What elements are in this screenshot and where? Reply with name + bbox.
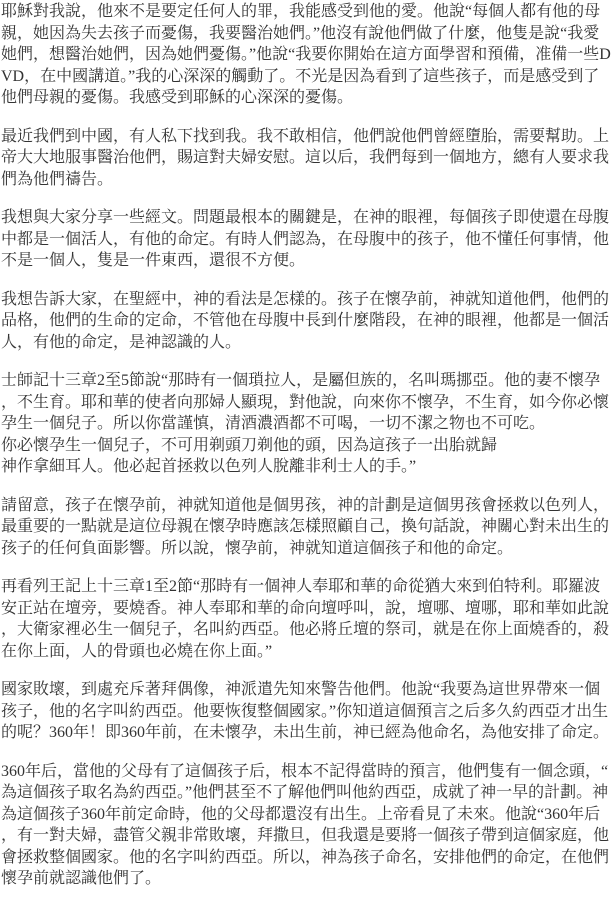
paragraph-china-visit: 最近我們到中國，有人私下找到我。我不敢相信，他們說他們曾經墮胎，需要幫助。上帝大… [1, 126, 614, 191]
paragraph-judges-quote: 士師記十三章2至5節說“那時有一個瑣拉人，是屬但族的，名叫瑪挪亞。他的妻不懷孕，… [1, 370, 614, 478]
paragraph-take-note: 請留意，孩子在懷孕前，神就知道他是個男孩，神的計劃是這個男孩會拯救以色列人，最重… [1, 495, 614, 560]
paragraph-360-years-later: 360年后，當他的父母有了這個孩子后，根本不記得當時的預言，他們隻有一個念頭，“… [1, 761, 614, 890]
paragraph-nation-corrupt: 國家敗壞，到處充斥著拜偶像，神派遣先知來警告他們。他說“我要為這世界帶來一個孩子… [1, 679, 614, 744]
paragraph-kings-quote: 再看列王記上十三章1至2節“那時有一個神人奉耶和華的命從猶大來到伯特利。耶羅波安… [1, 576, 614, 662]
document-page: 耶穌對我說，他來不是要定任何人的罪，我能感受到他的愛。他說“每個人都有他的母親，… [0, 0, 614, 906]
paragraph-gods-view: 我想告訴大家，在聖經中，神的看法是怎樣的。孩子在懷孕前，神就知道他們，他們的品格… [1, 289, 614, 354]
paragraph-jesus-love: 耶穌對我說，他來不是要定任何人的罪，我能感受到他的愛。他說“每個人都有他的母親，… [1, 1, 614, 109]
paragraph-scripture-intro: 我想與大家分享一些經文。問題最根本的關鍵是，在神的眼裡，每個孩子即使還在母腹中都… [1, 207, 614, 272]
article-body: 耶穌對我說，他來不是要定任何人的罪，我能感受到他的愛。他說“每個人都有他的母親，… [1, 1, 614, 890]
